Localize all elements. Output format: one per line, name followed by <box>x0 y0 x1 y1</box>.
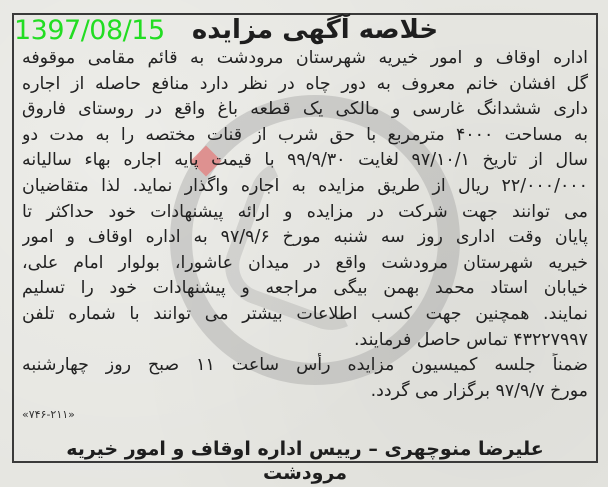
ad-body: اداره اوقاف و امور خیریه شهرستان مرودشت … <box>22 46 588 404</box>
body-line: داری ششدانگ غارسی و مالکی یک قطعه باغ وا… <box>22 97 588 123</box>
date-stamp: 1397/08/15 <box>14 16 165 46</box>
ad-title: خلاصه آگهی مزایده <box>165 14 465 46</box>
ad-code: «۷۴۶-۲۱۱» <box>22 408 75 421</box>
body-line: نمایند. همچنین جهت کسب اطلاعات بیشتر می … <box>22 302 588 328</box>
body-line: خیریه شهرستان مرودشت واقع در میدان عاشور… <box>22 251 588 277</box>
body-line: ۴۳۲۲۷۹۹۷ تماس حاصل فرمایند. <box>22 328 588 354</box>
body-line: خیابان استاد محمد بهمن بیگی مراجعه و پیش… <box>22 276 588 302</box>
body-line: ضمناً جلسه کمیسیون مزایده رأس ساعت ۱۱ صب… <box>22 353 588 379</box>
body-line: به مساحت ۴۰۰۰ مترمربع با حق شرب از قنات … <box>22 123 588 149</box>
body-line: پایان وقت اداری روز سه شنبه مورخ ۹۷/۹/۶ … <box>22 225 588 251</box>
body-line: مورخ ۹۷/۹/۷ برگزار می گردد. <box>22 379 588 405</box>
body-line: ۲۲/۰۰۰/۰۰۰ ریال از طریق مزایده به اجاره … <box>22 174 588 200</box>
body-line: می توانند جهت شرکت در مزایده و ارائه پیش… <box>22 200 588 226</box>
signature: علیرضا منوچهری – رییس اداره اوقاف و امور… <box>22 437 588 485</box>
body-line: اداره اوقاف و امور خیریه شهرستان مرودشت … <box>22 46 588 72</box>
body-line: گل افشان خانم معروف به دور چاه در نظر دا… <box>22 72 588 98</box>
body-line: سال از تاریخ ۹۷/۱۰/۱ لغایت ۹۹/۹/۳۰ با قی… <box>22 148 588 174</box>
